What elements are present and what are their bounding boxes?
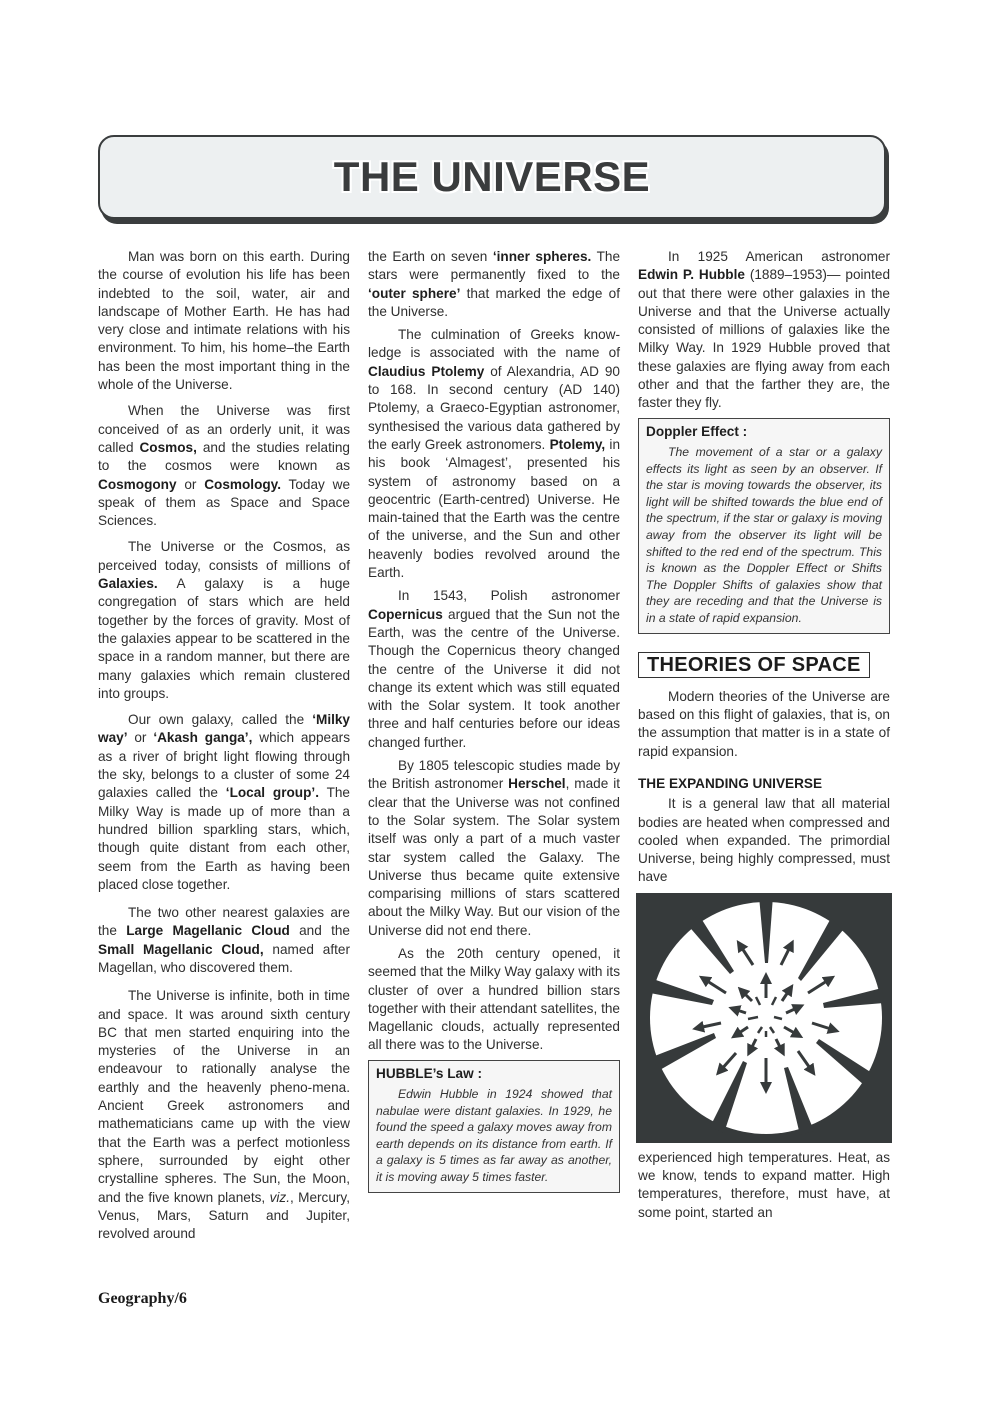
paragraph: Our own galaxy, called the ‘Milky way’ o…	[98, 711, 350, 894]
section-heading: THEORIES OF SPACE	[638, 652, 870, 678]
paragraph: In 1925 American astronomer Edwin P. Hub…	[638, 248, 890, 413]
paragraph: The two other nearest galaxies are the L…	[98, 904, 350, 977]
page-title: THE UNIVERSE	[334, 153, 650, 201]
paragraph: The Universe is infinite, both in time a…	[98, 987, 350, 1243]
column-3: In 1925 American astronomer Edwin P. Hub…	[638, 248, 890, 1227]
paragraph: Modern theories of the Universe are base…	[638, 688, 890, 761]
paragraph: As the 20th century opened, it seemed th…	[368, 945, 620, 1055]
column-1: Man was born on this earth. During the c…	[98, 248, 350, 1248]
box-body: Edwin Hubble in 1924 showed that nabulae…	[376, 1086, 612, 1186]
paragraph: The culmination of Greeks know-ledge is …	[368, 326, 620, 582]
subsection-heading: THE EXPANDING UNIVERSE	[638, 775, 890, 793]
title-banner: THE UNIVERSE	[98, 135, 886, 219]
doppler-effect-box: Doppler Effect : The movement of a star …	[638, 418, 890, 634]
paragraph: The Universe or the Cosmos, as perceived…	[98, 538, 350, 703]
paragraph: In 1543, Polish astronomer Copernicus ar…	[368, 587, 620, 752]
hubbles-law-box: HUBBLE’s Law : Edwin Hubble in 1924 show…	[368, 1060, 620, 1193]
paragraph: When the Universe was first conceived of…	[98, 402, 350, 530]
expanding-universe-diagram-icon	[636, 893, 892, 1143]
paragraph: the Earth on seven ‘inner spheres. The s…	[368, 248, 620, 321]
paragraph: By 1805 telescopic studies made by the B…	[368, 757, 620, 940]
box-heading: Doppler Effect :	[646, 423, 882, 441]
column-2: the Earth on seven ‘inner spheres. The s…	[368, 248, 620, 1193]
box-body: The movement of a star or a galaxy effec…	[646, 444, 882, 627]
paragraph: Man was born on this earth. During the c…	[98, 248, 350, 394]
page-footer: Geography/6	[98, 1290, 187, 1308]
paragraph: experienced high temperatures. Heat, as …	[638, 1149, 890, 1222]
box-heading: HUBBLE’s Law :	[376, 1065, 612, 1083]
paragraph: It is a general law that all material bo…	[638, 795, 890, 886]
